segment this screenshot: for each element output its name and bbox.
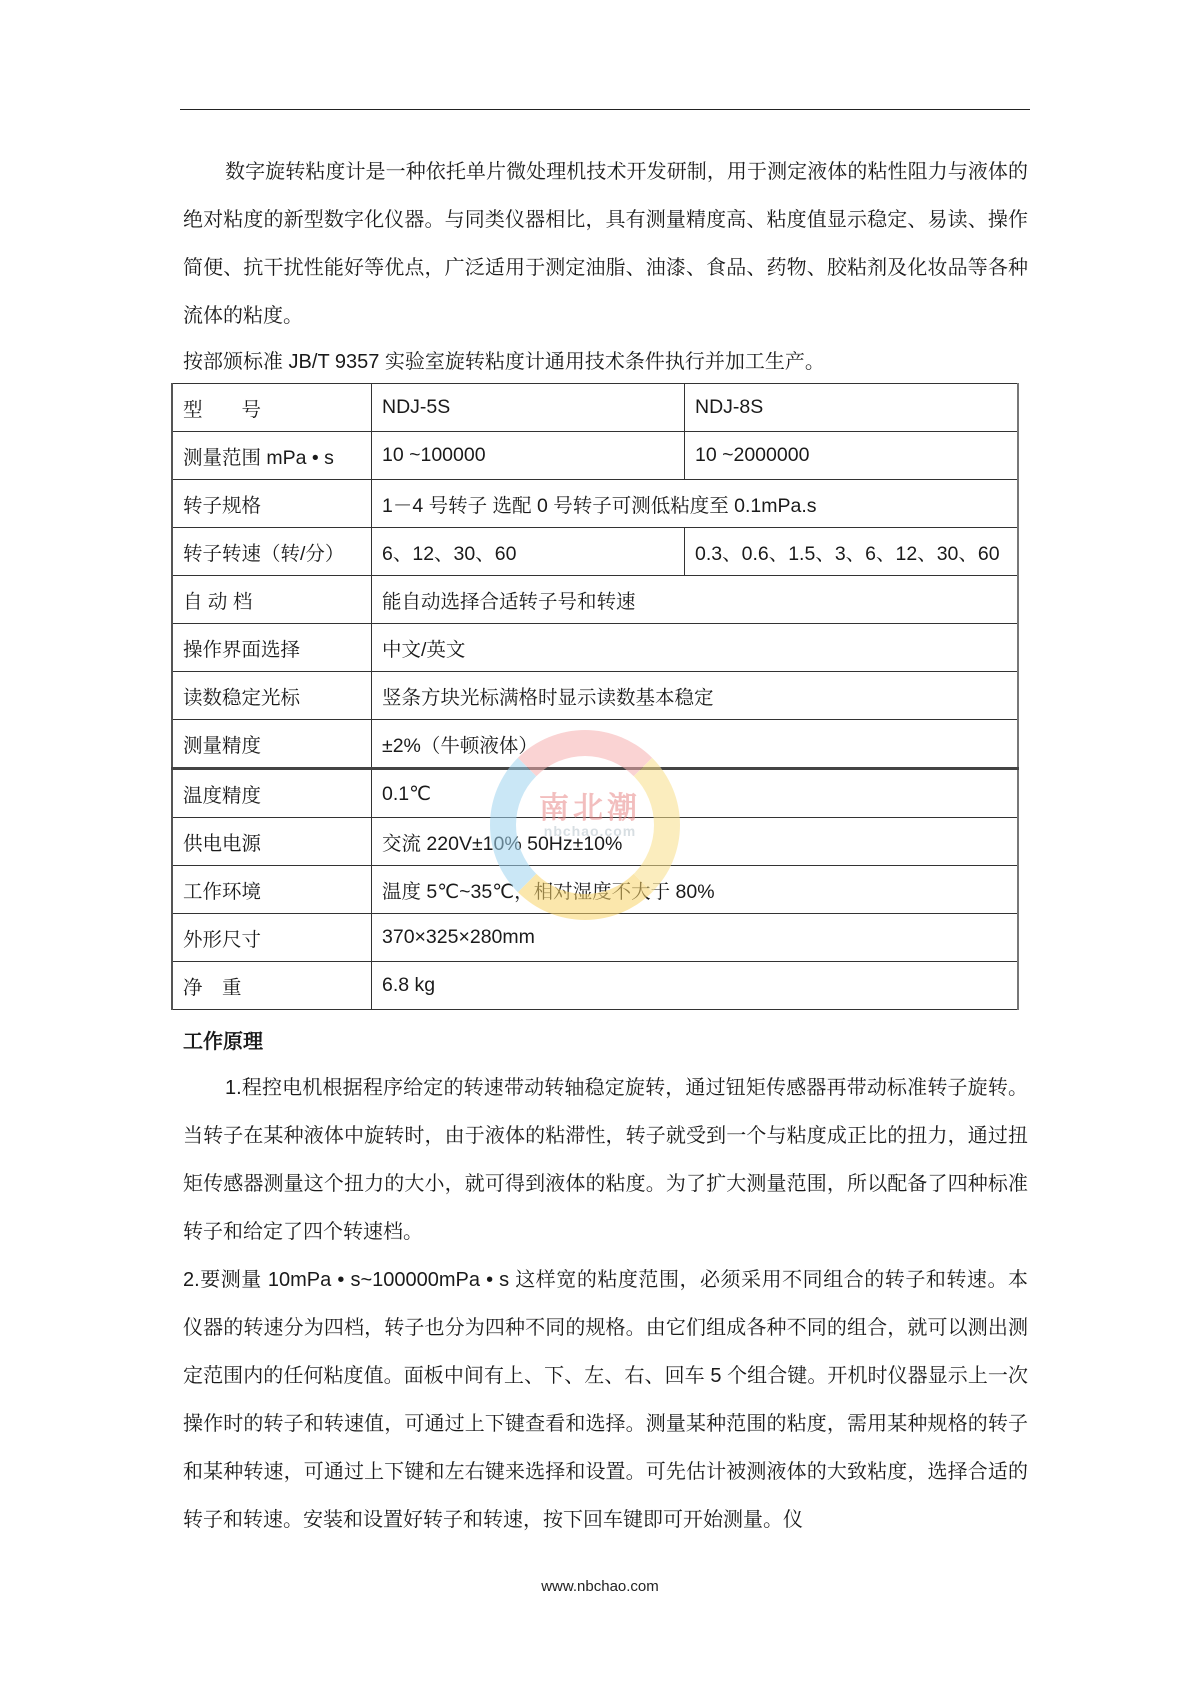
table-row: 温度精度 0.1℃ — [172, 769, 1018, 818]
cell-span: 交流 220V±10% 50Hz±10% — [372, 818, 1019, 866]
cell-span: 能自动选择合适转子号和转速 — [372, 576, 1019, 624]
cell-ndj8s: NDJ-8S — [685, 384, 1019, 432]
row-label: 外形尺寸 — [172, 914, 372, 962]
cell-ndj5s: 10 ~100000 — [372, 432, 685, 480]
table-row: 操作界面选择 中文/英文 — [172, 624, 1018, 672]
section-title-principle: 工作原理 — [183, 1020, 263, 1064]
row-label: 转子规格 — [172, 480, 372, 528]
table-row: 转子规格 1－4 号转子 选配 0 号转子可测低粘度至 0.1mPa.s — [172, 480, 1018, 528]
table-row: 读数稳定光标 竖条方块光标满格时显示读数基本稳定 — [172, 672, 1018, 720]
row-label: 型 号 — [172, 384, 372, 432]
cell-ndj5s: NDJ-5S — [372, 384, 685, 432]
row-label: 温度精度 — [172, 769, 372, 818]
footer-url: www.nbchao.com — [0, 1578, 1200, 1595]
cell-ndj8s: 0.3、0.6、1.5、3、6、12、30、60 — [685, 528, 1019, 576]
cell-span: 温度 5℃~35℃，相对湿度不大于 80% — [372, 866, 1019, 914]
principle-paragraph-1: 1.程控电机根据程序给定的转速带动转轴稳定旋转，通过钮矩传感器再带动标准转子旋转… — [183, 1064, 1028, 1256]
cell-span: 中文/英文 — [372, 624, 1019, 672]
spec-table: 型 号 NDJ-5S NDJ-8S 测量范围 mPa • s 10 ~10000… — [171, 383, 1019, 1010]
row-label: 操作界面选择 — [172, 624, 372, 672]
row-label: 测量范围 mPa • s — [172, 432, 372, 480]
cell-ndj8s: 10 ~2000000 — [685, 432, 1019, 480]
principle-paragraph-2: 2.要测量 10mPa • s~100000mPa • s 这样宽的粘度范围，必… — [183, 1256, 1028, 1544]
cell-span: 370×325×280mm — [372, 914, 1019, 962]
table-row: 净 重 6.8 kg — [172, 962, 1018, 1010]
row-label: 自 动 档 — [172, 576, 372, 624]
table-row: 自 动 档 能自动选择合适转子号和转速 — [172, 576, 1018, 624]
row-label: 供电电源 — [172, 818, 372, 866]
intro-section: 数字旋转粘度计是一种依托单片微处理机技术开发研制，用于测定液体的粘性阻力与液体的… — [183, 148, 1028, 384]
row-label: 测量精度 — [172, 720, 372, 769]
standard-statement: 按部颁标准 JB/T 9357 实验室旋转粘度计通用技术条件执行并加工生产。 — [183, 340, 1028, 384]
row-label: 净 重 — [172, 962, 372, 1010]
table-row: 转子转速（转/分） 6、12、30、60 0.3、0.6、1.5、3、6、12、… — [172, 528, 1018, 576]
principle-section: 1.程控电机根据程序给定的转速带动转轴稳定旋转，通过钮矩传感器再带动标准转子旋转… — [183, 1064, 1028, 1544]
table-row: 供电电源 交流 220V±10% 50Hz±10% — [172, 818, 1018, 866]
cell-span: 0.1℃ — [372, 769, 1019, 818]
table-row: 测量精度 ±2%（牛顿液体） — [172, 720, 1018, 769]
cell-span: 6.8 kg — [372, 962, 1019, 1010]
table-row: 测量范围 mPa • s 10 ~100000 10 ~2000000 — [172, 432, 1018, 480]
table-row: 型 号 NDJ-5S NDJ-8S — [172, 384, 1018, 432]
cell-ndj5s: 6、12、30、60 — [372, 528, 685, 576]
header-rule — [180, 109, 1030, 110]
cell-span: ±2%（牛顿液体） — [372, 720, 1019, 769]
table-row: 外形尺寸 370×325×280mm — [172, 914, 1018, 962]
cell-span: 1－4 号转子 选配 0 号转子可测低粘度至 0.1mPa.s — [372, 480, 1019, 528]
intro-paragraph: 数字旋转粘度计是一种依托单片微处理机技术开发研制，用于测定液体的粘性阻力与液体的… — [183, 148, 1028, 340]
row-label: 读数稳定光标 — [172, 672, 372, 720]
row-label: 工作环境 — [172, 866, 372, 914]
cell-span: 竖条方块光标满格时显示读数基本稳定 — [372, 672, 1019, 720]
table-row: 工作环境 温度 5℃~35℃，相对湿度不大于 80% — [172, 866, 1018, 914]
row-label: 转子转速（转/分） — [172, 528, 372, 576]
